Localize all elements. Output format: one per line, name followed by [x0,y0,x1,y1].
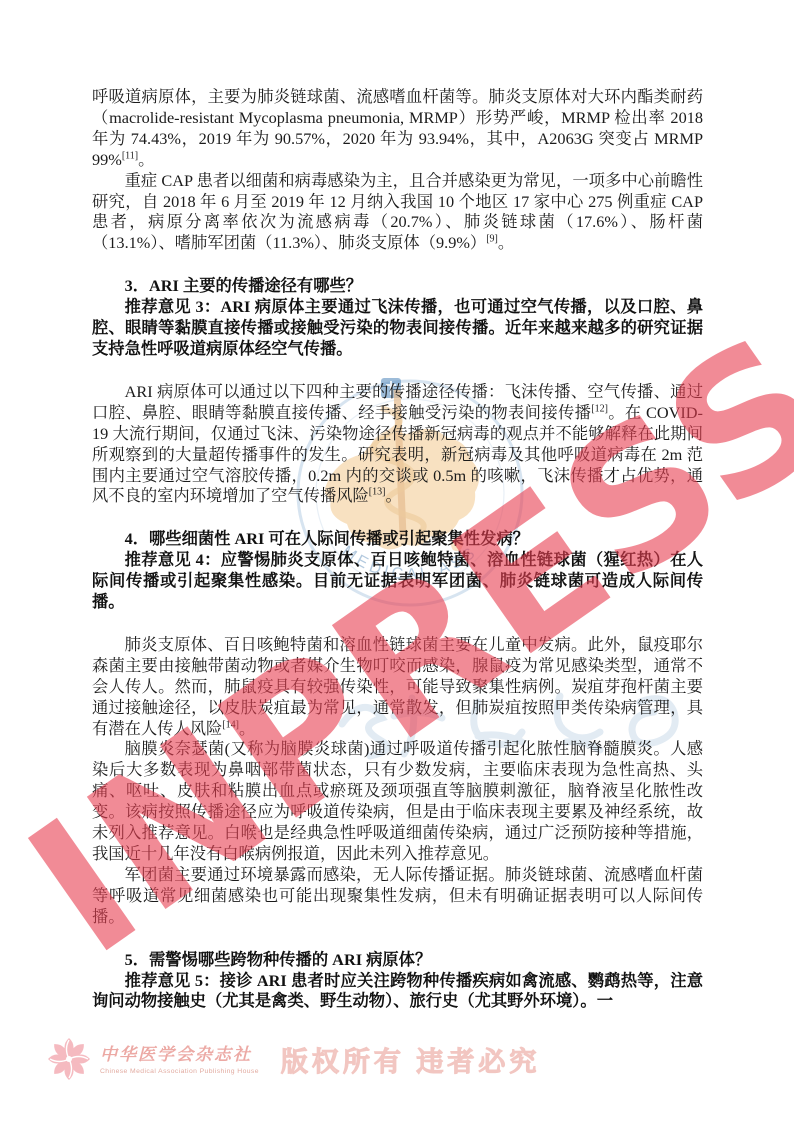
text-run: 。 [138,150,154,169]
question-4-heading: 4．哪些细菌性 ARI 可在人际间传播或引起聚集性发病？ [92,529,703,550]
publisher-name-en: Chinese Medical Association Publishing H… [100,1068,259,1075]
document-body: 呼吸道病原体，主要为肺炎链球菌、流感嗜血杆菌等。肺炎支原体对大环内酯类耐药（ma… [92,87,703,1012]
citation-ref-12: [12] [591,403,608,414]
publisher-name-block: 中华医学会杂志社 Chinese Medical Association Pub… [100,1040,259,1075]
publisher-footer: 中华医学会杂志社 Chinese Medical Association Pub… [46,1036,540,1096]
text-run: 重症 CAP 患者以细菌和病毒感染为主，且合并感染更为常见，一项多中心前瞻性研究… [92,171,703,253]
text-run: 肺炎支原体、百日咳鲍特菌和溶血性链球菌主要在儿童中发病。此外，鼠疫耶尔森菌主要由… [92,635,703,738]
paragraph-bacterial-ari: 肺炎支原体、百日咳鲍特菌和溶血性链球菌主要在儿童中发病。此外，鼠疫耶尔森菌主要由… [92,635,703,740]
citation-ref-14: [14] [222,719,239,730]
recommendation-5: 推荐意见 5：接诊 ARI 患者时应关注跨物种传播疾病如禽流感、鹦鹉热等，注意询… [92,971,703,1013]
question-5-heading: 5．需警惕哪些跨物种传播的 ARI 病原体？ [92,950,703,971]
recommendation-3: 推荐意见 3：ARI 病原体主要通过飞沫传播，也可通过空气传播，以及口腔、鼻腔、… [92,297,703,360]
citation-ref-9: [9] [486,234,498,245]
paragraph-transmission-routes: ARI 病原体可以通过以下四种主要的传播途径传播：飞沫传播、空气传播、通过口腔、… [92,382,703,507]
text-run: 。 [239,719,255,738]
paragraph-mrmp: 呼吸道病原体，主要为肺炎链球菌、流感嗜血杆菌等。肺炎支原体对大环内酯类耐药（ma… [92,87,703,171]
document-page: MEDICAL ASS 呼吸道病原体，主要为肺炎链球菌、流感嗜血杆菌等。肺炎支原… [0,0,794,1123]
citation-ref-11: [11] [122,150,138,161]
citation-ref-13: [13] [369,487,386,498]
text-run: 。 [498,233,514,252]
text-run: 。 [385,486,401,505]
copyright-watermark: 版权所有 违者必究 [281,1040,541,1079]
paragraph-severe-cap: 重症 CAP 患者以细菌和病毒感染为主，且合并感染更为常见，一项多中心前瞻性研究… [92,171,703,255]
text-run: 呼吸道病原体，主要为肺炎链球菌、流感嗜血杆菌等。肺炎支原体对大环内酯类耐药（ma… [92,87,703,169]
publisher-flower-logo-icon [46,1036,92,1082]
question-3-heading: 3．ARI 主要的传播途径有哪些？ [92,276,703,297]
publisher-name-cn: 中华医学会杂志社 [100,1040,259,1065]
recommendation-4: 推荐意见 4：应警惕肺炎支原体、百日咳鲍特菌、溶血性链球菌（猩红热）在人际间传播… [92,550,703,613]
paragraph-meningitis: 脑膜炎奈瑟菌(又称为脑膜炎球菌)通过呼吸道传播引起化脓性脑脊髓膜炎。人感染后大多… [92,739,703,864]
paragraph-legionella: 军团菌主要通过环境暴露而感染，无人际传播证据。肺炎链球菌、流感嗜血杆菌等呼吸道常… [92,865,703,928]
